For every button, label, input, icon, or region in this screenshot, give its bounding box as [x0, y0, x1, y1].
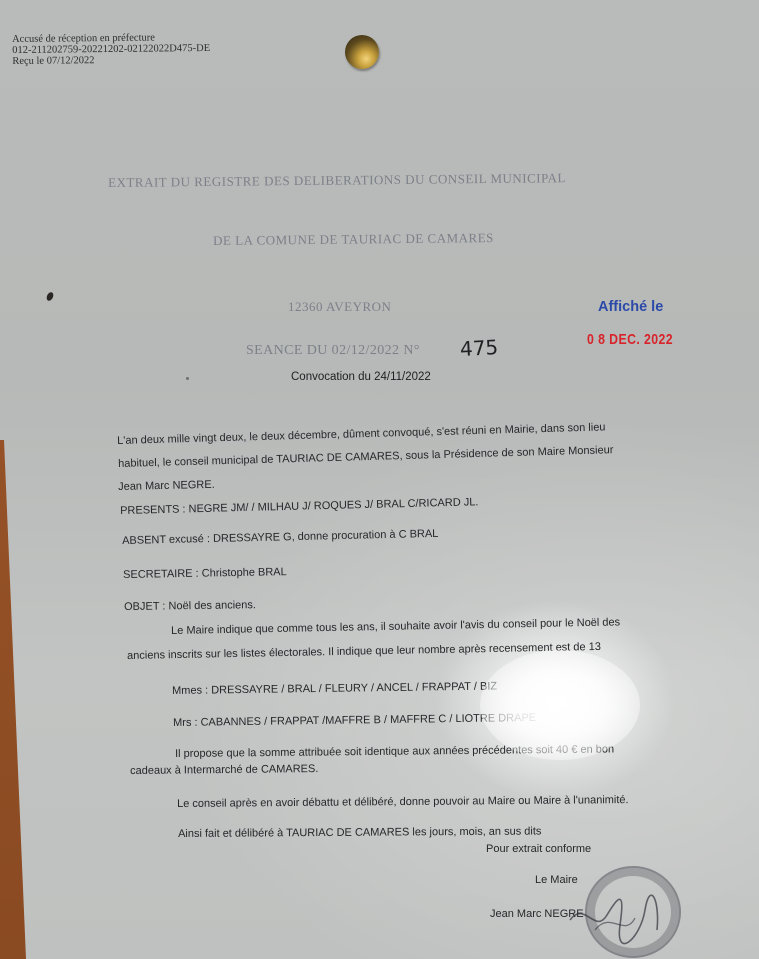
subject-line: OBJET : Noël des anciens. — [124, 599, 256, 613]
mmes-list: Mmes : DRESSAYRE / BRAL / FLEURY / ANCEL… — [172, 680, 497, 697]
intro-line-2: habituel, le conseil municipal de TAURIA… — [118, 444, 614, 470]
prefecture-receipt-stamp: Accusé de réception en préfecture 012-21… — [12, 32, 210, 67]
paragraph-2-line-1: Il propose que la somme attribuée soit i… — [175, 743, 614, 760]
document-page: Accusé de réception en préfecture 012-21… — [0, 0, 759, 959]
posting-stamp-date: 0 8 DEC. 2022 — [587, 331, 673, 348]
document-title-line-3: 12360 AVEYRON — [288, 299, 391, 315]
paper-mark — [186, 377, 189, 380]
paper-mark — [45, 291, 54, 302]
intro-line-1: L'an deux mille vingt deux, le deux déce… — [117, 421, 606, 447]
paragraph-4: Ainsi fait et délibéré à TAURIAC DE CAMA… — [178, 825, 541, 840]
receipt-line-2: 012-211202759-20221202-02122022D475-DE — [12, 43, 210, 56]
paragraph-3: Le conseil après en avoir débattu et dél… — [177, 794, 629, 810]
closing-line: Pour extrait conforme — [486, 843, 591, 855]
paragraph-1-line-2: anciens inscrits sur les listes électora… — [127, 641, 601, 662]
mrs-list: Mrs : CABANNES / FRAPPAT /MAFFRE B / MAF… — [173, 712, 536, 729]
presents-line: PRESENTS : NEGRE JM/ / MILHAU J/ ROQUES … — [120, 496, 479, 517]
intro-line-3: Jean Marc NEGRE. — [118, 479, 215, 493]
posting-stamp-label: Affiché le — [598, 299, 663, 315]
signature-icon — [565, 880, 665, 950]
document-title-line-2: DE LA COMUNE DE TAURIAC DE CAMARES — [213, 230, 494, 249]
paragraph-1-line-1: Le Maire indique que comme tous les ans,… — [171, 616, 620, 637]
convocation-date: Convocation du 24/11/2022 — [291, 371, 431, 383]
session-date: SEANCE DU 02/12/2022 N° — [246, 343, 420, 359]
secretary-line: SECRETAIRE : Christophe BRAL — [123, 566, 287, 581]
document-title-line-1: EXTRAIT DU REGISTRE DES DELIBERATIONS DU… — [108, 170, 566, 191]
paragraph-2-line-2: cadeaux à Intermarché de CAMARES. — [130, 763, 318, 777]
absent-line: ABSENT excusé : DRESSAYRE G, donne procu… — [122, 528, 438, 547]
session-number-handwritten: 475 — [459, 335, 498, 361]
receipt-line-3: Reçu le 07/12/2022 — [12, 54, 210, 67]
pushpin-icon — [345, 35, 379, 69]
